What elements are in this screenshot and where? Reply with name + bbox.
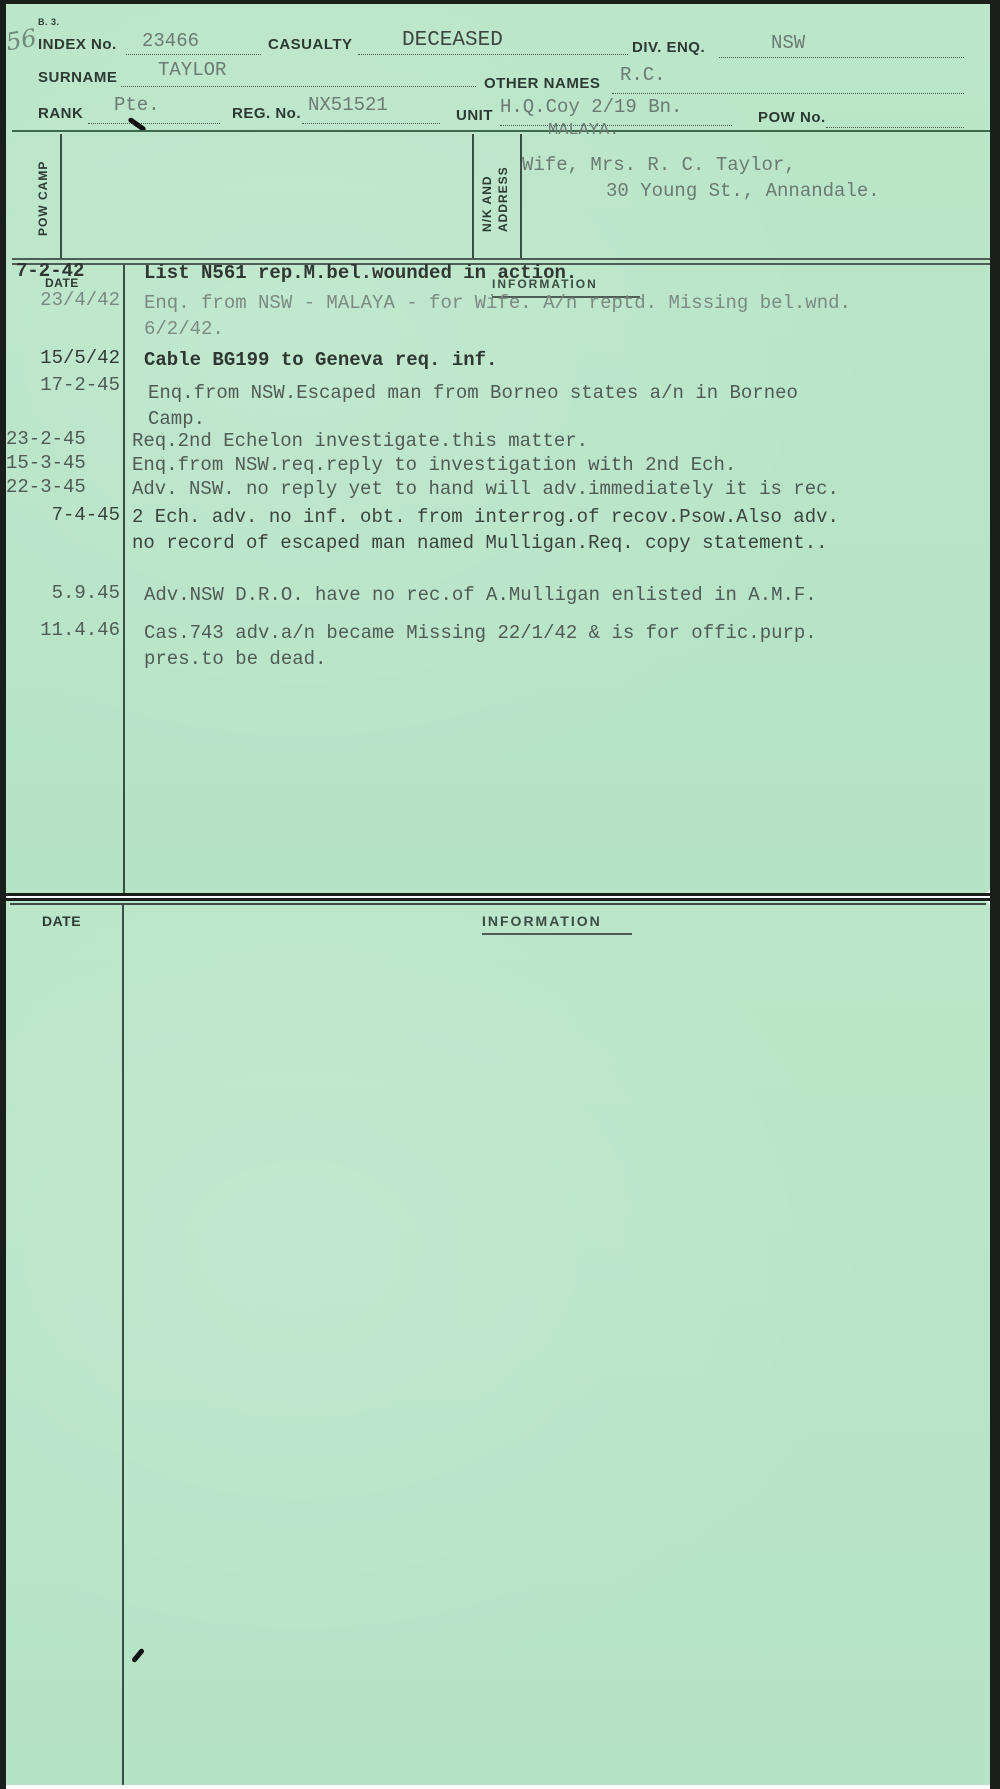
- other-names-dots: [612, 93, 964, 94]
- back-header-underline: [482, 933, 632, 935]
- pow-camp-label: POW CAMP: [36, 161, 50, 236]
- form-code: B. 3.: [38, 17, 60, 27]
- surname-value: TAYLOR: [158, 59, 226, 81]
- margin-note: 56: [4, 24, 39, 57]
- other-names-label: OTHER NAMES: [484, 75, 600, 92]
- unit-label: UNIT: [456, 107, 493, 124]
- reg-no-label: REG. No.: [232, 105, 301, 122]
- log-date: 7-2-42: [16, 260, 126, 282]
- log-date: 5.9.45: [10, 582, 120, 604]
- log-date-divider: [123, 265, 125, 893]
- nk-theatre: MALAYA.: [548, 121, 619, 140]
- surname-dots: [121, 86, 476, 87]
- casualty-card-front: B. 3. 56 INDEX No. 23466 CASUALTY DECEAS…: [6, 4, 990, 893]
- log-text: Enq. from NSW - MALAYA - for Wife. A/n r…: [144, 290, 994, 342]
- div-enq-label: DIV. ENQ.: [632, 39, 705, 56]
- log-text: Cas.743 adv.a/n became Missing 22/1/42 &…: [144, 620, 994, 672]
- nk-right-divider: [520, 134, 522, 258]
- log-date: 15/5/42: [10, 347, 120, 369]
- unit-value: H.Q.Coy 2/19 Bn.: [500, 96, 682, 118]
- casualty-card-back: DATE INFORMATION: [6, 901, 990, 1785]
- casualty-label: CASUALTY: [268, 36, 353, 53]
- log-text: Enq.from NSW.req.reply to investigation …: [132, 452, 982, 478]
- nk-left-divider: [472, 134, 474, 258]
- pow-camp-divider: [60, 134, 62, 258]
- log-date: 17-2-45: [10, 374, 120, 396]
- nk-label-line2: ADDRESS: [496, 166, 510, 232]
- back-header-date: DATE: [42, 913, 81, 929]
- scan-gap-dark: [0, 893, 1000, 896]
- log-date: 23/4/42: [10, 289, 120, 311]
- index-no-dots: [126, 54, 261, 55]
- header-rule: [12, 130, 990, 132]
- log-text: List N561 rep.M.bel.wounded in action.: [144, 260, 994, 286]
- surname-label: SURNAME: [38, 69, 117, 86]
- log-text: Req.2nd Echelon investigate.this matter.: [132, 428, 982, 454]
- casualty-dots: [358, 54, 628, 55]
- log-text: Adv. NSW. no reply yet to hand will adv.…: [132, 476, 982, 502]
- rank-dots: [88, 123, 220, 124]
- log-date: 11.4.46: [10, 619, 120, 641]
- index-no-value: 23466: [142, 30, 199, 52]
- rank-label: RANK: [38, 105, 83, 122]
- div-enq-dots: [719, 57, 964, 58]
- reg-no-value: NX51521: [308, 94, 388, 116]
- nk-address-line1: Wife, Mrs. R. C. Taylor,: [522, 154, 796, 176]
- back-date-divider: [122, 905, 124, 1785]
- nk-address-line2: 30 Young St., Annandale.: [606, 180, 880, 202]
- casualty-value: DECEASED: [402, 29, 503, 52]
- log-date: 15-3-45: [6, 452, 116, 474]
- index-no-label: INDEX No.: [38, 36, 117, 53]
- pow-no-dots: [826, 127, 964, 128]
- nk-label-line1: N/K AND: [480, 175, 494, 232]
- rank-value: Pte.: [114, 94, 160, 116]
- log-text: Enq.from NSW.Escaped man from Borneo sta…: [148, 380, 998, 432]
- log-date: 22-3-45: [6, 476, 116, 498]
- pow-no-label: POW No.: [758, 109, 826, 126]
- log-date: 23-2-45: [6, 428, 116, 450]
- back-top-rule: [10, 903, 986, 905]
- reg-no-dots: [302, 123, 440, 124]
- log-text: 2 Ech. adv. no inf. obt. from interrog.o…: [132, 504, 982, 556]
- log-text: Cable BG199 to Geneva req. inf.: [144, 347, 994, 373]
- ink-mark: [131, 1648, 145, 1663]
- other-names-value: R.C.: [620, 64, 666, 86]
- log-date: 7-4-45: [10, 504, 120, 526]
- log-text: Adv.NSW D.R.O. have no rec.of A.Mulligan…: [144, 582, 994, 608]
- div-enq-value: NSW: [771, 32, 805, 54]
- back-header-information: INFORMATION: [482, 913, 602, 929]
